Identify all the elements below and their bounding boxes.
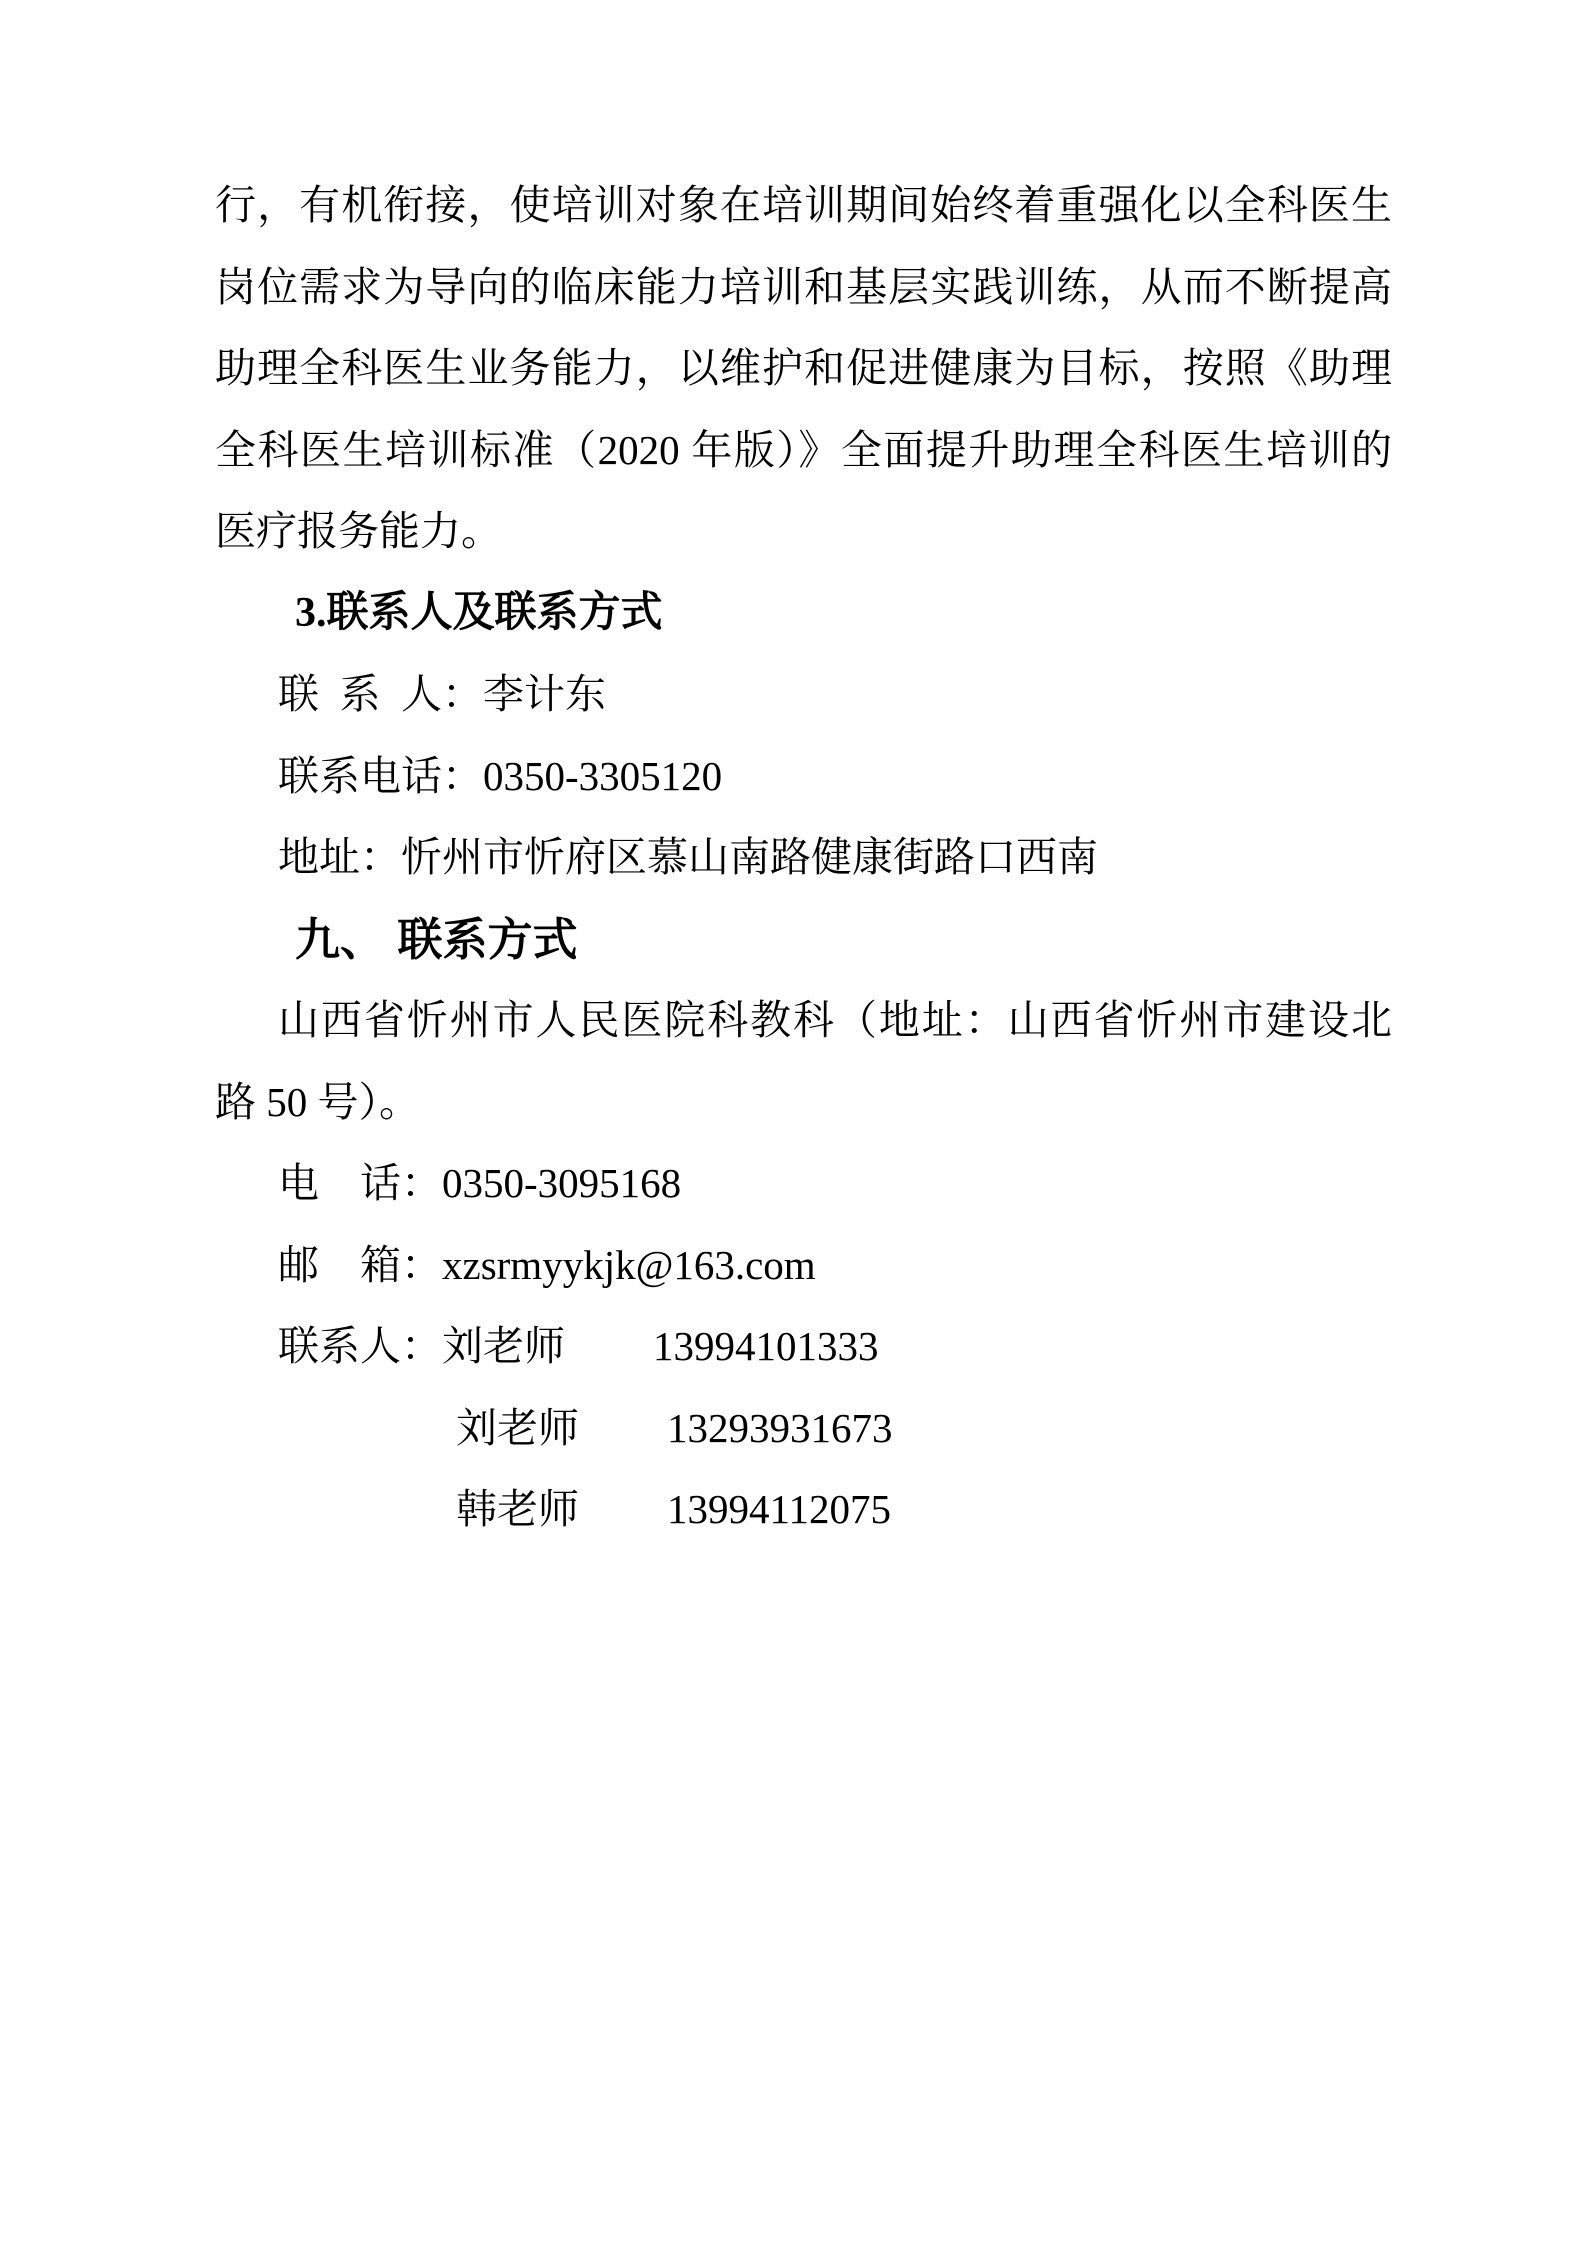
contacts-label: 联系人： <box>278 1323 442 1369</box>
address-label: 地址： <box>278 834 401 880</box>
contacts-row-1: 联系人：刘老师13994101333 <box>215 1306 1392 1388</box>
paragraph-line-2: 岗位需求为导向的临床能力培训和基层实践训练，从而不断提高 <box>215 247 1392 329</box>
address-value: 忻州市忻府区慕山南路健康街路口西南 <box>401 834 1098 880</box>
contact-name: 刘老师 <box>442 1323 565 1369</box>
paragraph-line-4: 全科医生培训标准（2020 年版）》全面提升助理全科医生培训的 <box>215 410 1392 492</box>
phone-number: 0350-3095168 <box>442 1160 681 1206</box>
contact-person-name: 李计东 <box>483 671 606 717</box>
contact-name: 刘老师 <box>456 1405 579 1451</box>
contact-phone: 13293931673 <box>667 1388 893 1470</box>
section-9-heading: 九、 联系方式 <box>215 899 1392 981</box>
phone-label: 电 话： <box>278 1160 442 1206</box>
organization-line-1: 山西省忻州市人民医院科教科（地址：山西省忻州市建设北 <box>215 980 1392 1062</box>
paragraph-line-5: 医疗报务能力。 <box>215 491 1392 573</box>
contact-phone: 13994101333 <box>653 1306 879 1388</box>
organization-line-2: 路 50 号）。 <box>215 1062 1392 1144</box>
email-label: 邮 箱： <box>278 1242 442 1288</box>
paragraph-line-3: 助理全科医生业务能力，以维护和促进健康为目标，按照《助理 <box>215 328 1392 410</box>
contact-telephone-label: 联系电话： <box>278 753 483 799</box>
document-content: 行，有机衔接，使培训对象在培训期间始终着重强化以全科医生 岗位需求为导向的临床能… <box>215 165 1392 1551</box>
phone-line: 电 话：0350-3095168 <box>215 1143 1392 1225</box>
contacts-row-3: 韩老师13994112075 <box>215 1469 1392 1551</box>
contacts-row-2: 刘老师13293931673 <box>215 1388 1392 1470</box>
email-line: 邮 箱：xzsrmyykjk@163.com <box>215 1225 1392 1307</box>
contact-name: 韩老师 <box>456 1486 579 1532</box>
document-page: 行，有机衔接，使培训对象在培训期间始终着重强化以全科医生 岗位需求为导向的临床能… <box>0 0 1587 2245</box>
section-3-heading: 3.联系人及联系方式 <box>215 573 1392 655</box>
contact-phone: 13994112075 <box>667 1469 891 1551</box>
contact-person-line: 联 系 人：李计东 <box>215 654 1392 736</box>
contact-telephone-line: 联系电话：0350-3305120 <box>215 736 1392 818</box>
contact-person-label: 联 系 人： <box>278 671 483 717</box>
email-value: xzsrmyykjk@163.com <box>442 1242 816 1288</box>
contact-telephone-number: 0350-3305120 <box>483 753 722 799</box>
paragraph-line-1: 行，有机衔接，使培训对象在培训期间始终着重强化以全科医生 <box>215 165 1392 247</box>
address-line: 地址：忻州市忻府区慕山南路健康街路口西南 <box>215 817 1392 899</box>
